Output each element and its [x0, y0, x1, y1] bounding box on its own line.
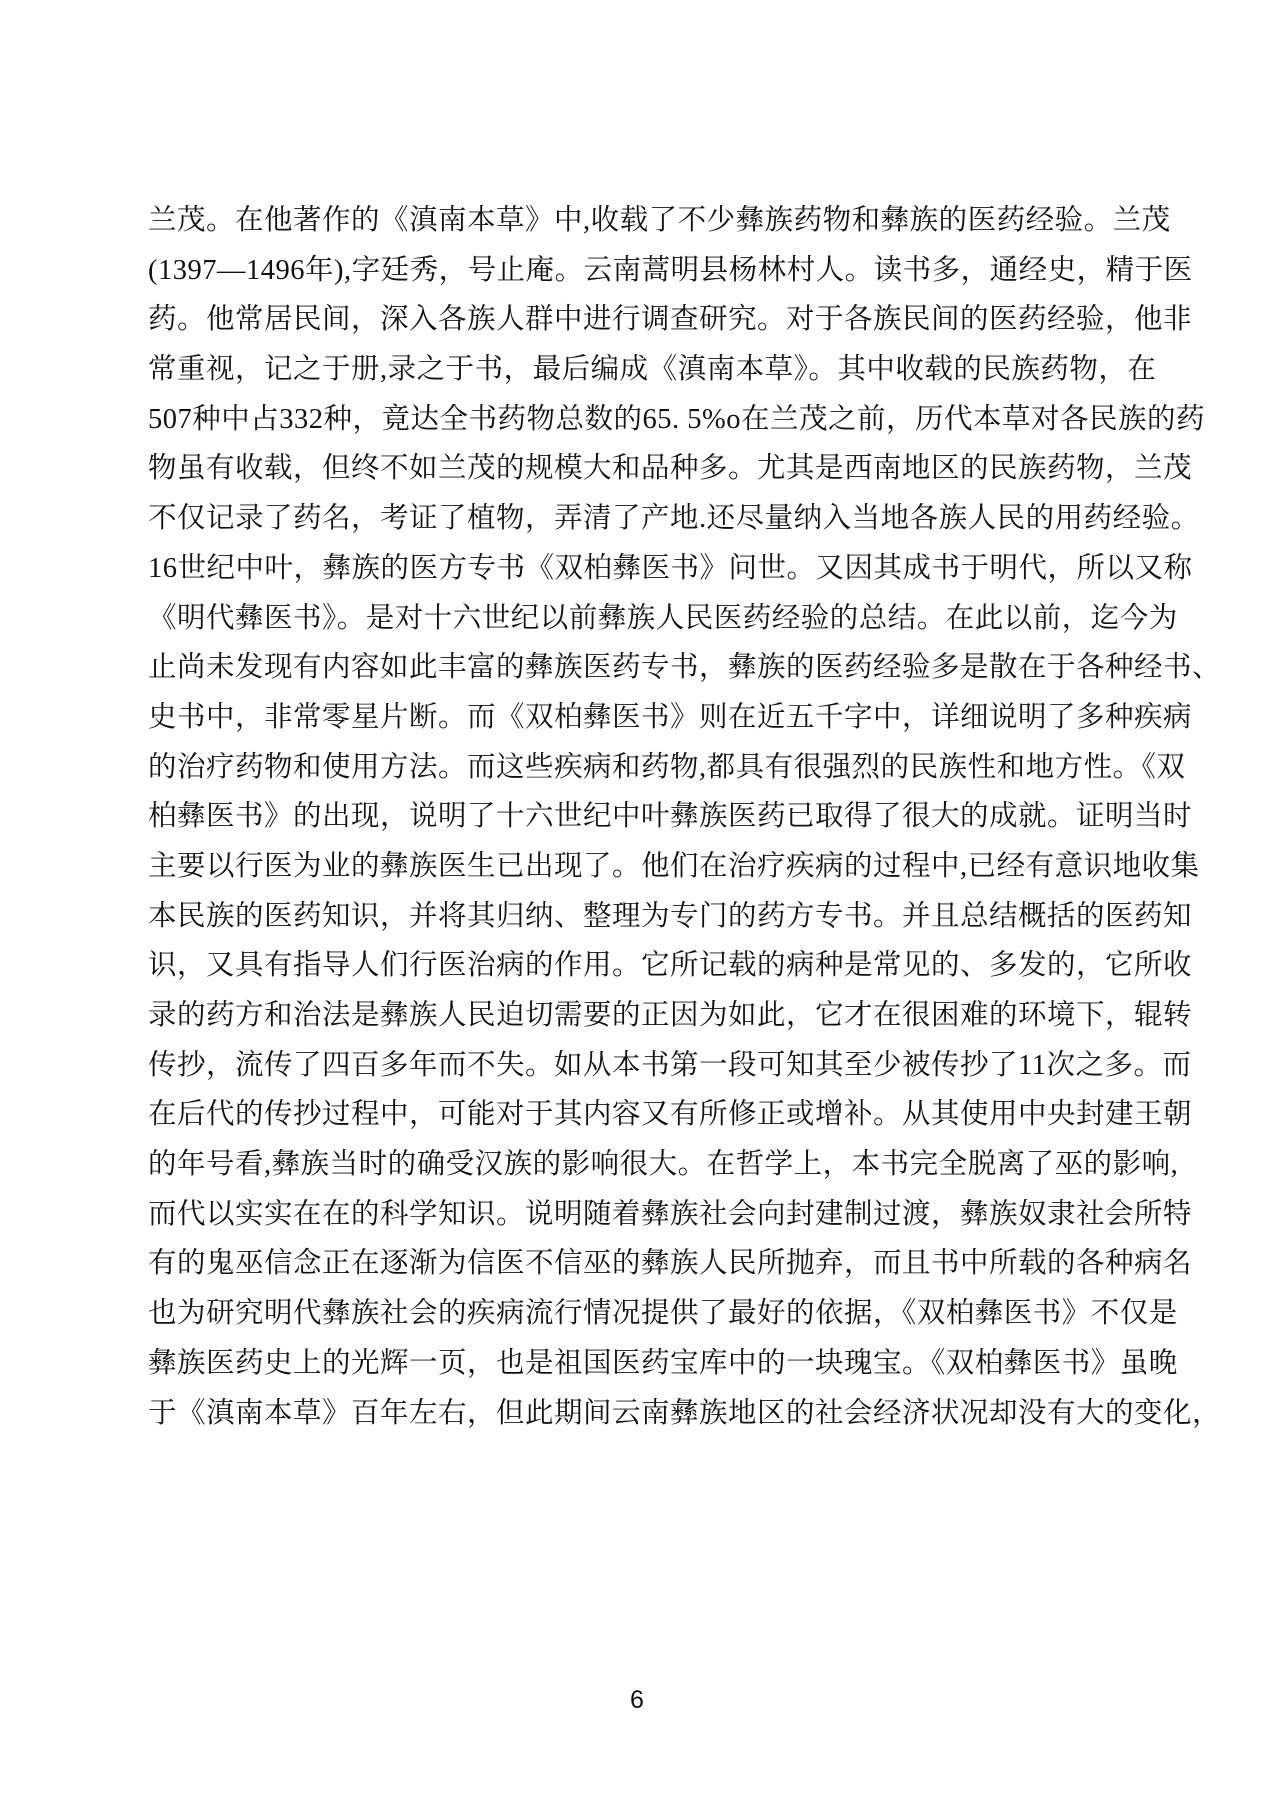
- text-line: (1397—1496年),字廷秀，号止庵。云南蒿明县杨林村人。读书多，通经史，精…: [148, 246, 1130, 296]
- text-line: 常重视，记之于册,录之于书，最后编成《滇南本草》。其中收载的民族药物，在: [148, 345, 1130, 395]
- text-line: 物虽有收载，但终不如兰茂的规模大和品种多。尤其是西南地区的民族药物，兰茂: [148, 444, 1130, 494]
- text-line: 不仅记录了药名，考证了植物，弄清了产地.还尽量纳入当地各族人民的用药经验。: [148, 494, 1130, 544]
- document-page: 兰茂。在他著作的《滇南本草》中,收载了不少彝族药物和彝族的医药经验。兰茂(139…: [0, 0, 1274, 1801]
- text-line: 的年号看,彝族当时的确受汉族的影响很大。在哲学上，本书完全脱离了巫的影响,: [148, 1140, 1130, 1190]
- text-line: 507种中占332种，竟达全书药物总数的65. 5%o在兰茂之前，历代本草对各民…: [148, 395, 1130, 445]
- text-line: 也为研究明代彝族社会的疾病流行情况提供了最好的依据，《双柏彝医书》不仅是: [148, 1289, 1130, 1339]
- text-line: 主要以行医为业的彝族医生已出现了。他们在治疗疾病的过程中,已经有意识地收集: [148, 842, 1130, 892]
- text-line: 的治疗药物和使用方法。而这些疾病和药物,都具有很强烈的民族性和地方性。《双: [148, 743, 1130, 793]
- text-line: 而代以实实在在的科学知识。说明随着彝族社会向封建制过渡，彝族奴隶社会所特: [148, 1190, 1130, 1240]
- text-line: 彝族医药史上的光辉一页，也是祖国医药宝库中的一块瑰宝。《双柏彝医书》虽晚: [148, 1339, 1130, 1389]
- text-line: 止尚未发现有内容如此丰富的彝族医药专书，彝族的医药经验多是散在于各种经书、: [148, 643, 1130, 693]
- text-line: 柏彝医书》的出现，说明了十六世纪中叶彝族医药已取得了很大的成就。证明当时: [148, 792, 1130, 842]
- text-line: 本民族的医药知识，并将其归纳、整理为专门的药方专书。并且总结概括的医药知: [148, 892, 1130, 942]
- text-line: 在后代的传抄过程中，可能对于其内容又有所修正或增补。从其使用中央封建王朝: [148, 1090, 1130, 1140]
- text-line: 有的鬼巫信念正在逐渐为信医不信巫的彝族人民所抛弃，而且书中所载的各种病名: [148, 1239, 1130, 1289]
- text-line: 录的药方和治法是彝族人民迫切需要的正因为如此，它才在很困难的环境下，辊转: [148, 991, 1130, 1041]
- text-line: 药。他常居民间，深入各族人群中进行调查研究。对于各族民间的医药经验，他非: [148, 295, 1130, 345]
- text-line: 兰茂。在他著作的《滇南本草》中,收载了不少彝族药物和彝族的医药经验。兰茂: [148, 196, 1130, 246]
- text-line: 16世纪中叶，彝族的医方专书《双柏彝医书》问世。又因其成书于明代，所以又称: [148, 544, 1130, 594]
- page-number: 6: [0, 1686, 1274, 1715]
- text-line: 于《滇南本草》百年左右，但此期间云南彝族地区的社会经济状况却没有大的变化，: [148, 1389, 1130, 1439]
- text-line: 《明代彝医书》。是对十六世纪以前彝族人民医药经验的总结。在此以前，迄今为: [148, 594, 1130, 644]
- text-line: 识，又具有指导人们行医治病的作用。它所记载的病种是常见的、多发的，它所收: [148, 941, 1130, 991]
- text-line: 史书中，非常零星片断。而《双柏彝医书》则在近五千字中，详细说明了多种疾病: [148, 693, 1130, 743]
- text-line: 传抄，流传了四百多年而不失。如从本书第一段可知其至少被传抄了11次之多。而: [148, 1041, 1130, 1091]
- body-text: 兰茂。在他著作的《滇南本草》中,收载了不少彝族药物和彝族的医药经验。兰茂(139…: [148, 196, 1130, 1438]
